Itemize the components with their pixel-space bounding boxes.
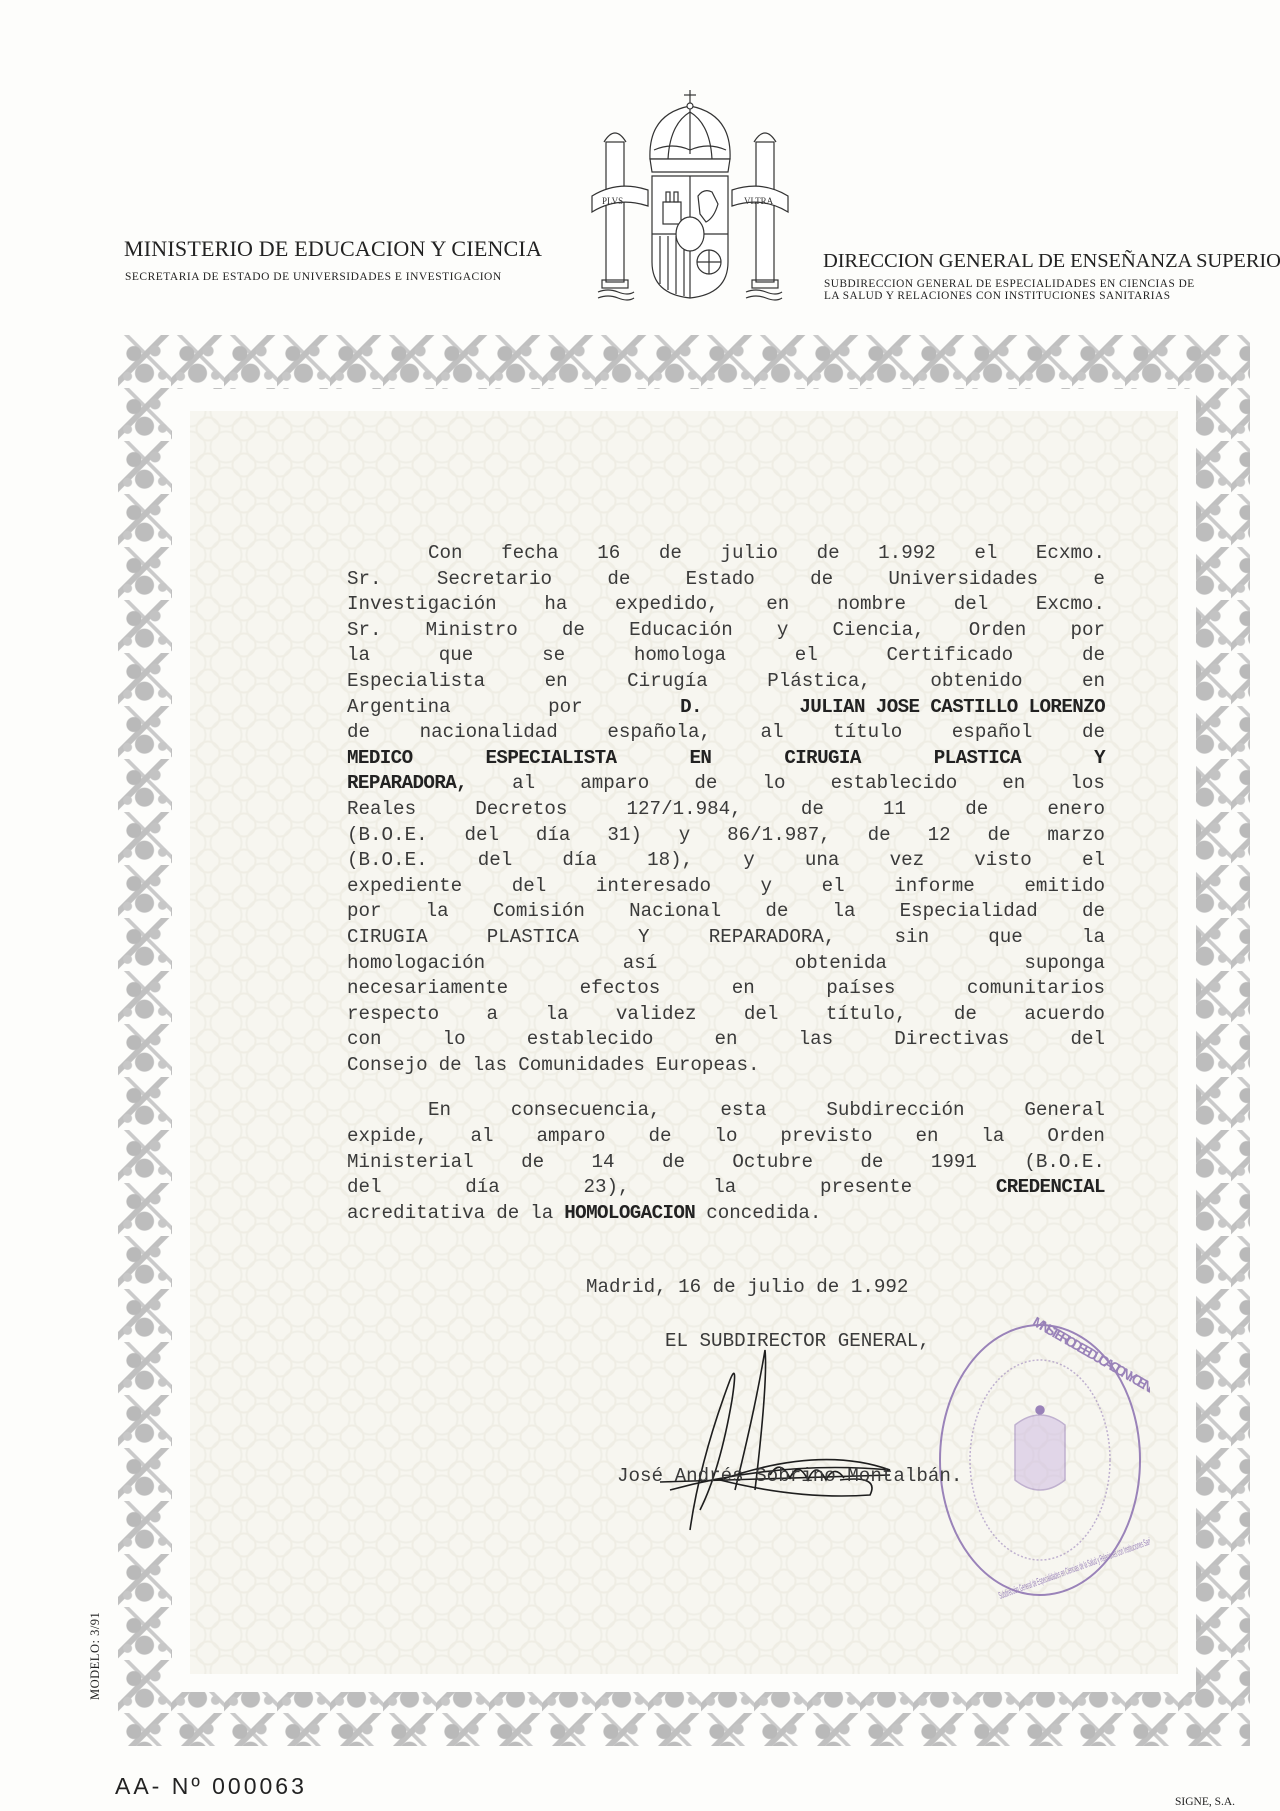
word: Decretos xyxy=(475,797,567,823)
word: PLASTICA xyxy=(487,925,579,951)
word: JULIAN JOSE CASTILLO LORENZO xyxy=(799,695,1105,721)
form-model-number: MODELO: 3/91 xyxy=(88,1612,103,1700)
word: en xyxy=(732,976,755,1002)
word: Especialista xyxy=(347,669,485,695)
stamp-outer-text: MINISTERIO DE EDUCACION Y CIENCIA - xyxy=(1030,1315,1150,1402)
word: expediente xyxy=(347,874,462,900)
spanish-coat-of-arms-icon: PLVS VLTRA xyxy=(588,84,792,304)
certificate-body: Confecha16dejuliode1.992elEcxmo.Sr.Secre… xyxy=(347,541,1105,1226)
word: en xyxy=(545,669,568,695)
word: que xyxy=(988,925,1023,951)
word: Reales xyxy=(347,797,416,823)
word: de xyxy=(810,567,833,593)
word: por xyxy=(347,899,382,925)
word: amparo xyxy=(580,771,649,797)
word: las xyxy=(473,1053,508,1079)
word: CIRUGIA xyxy=(784,746,860,772)
word: expide, xyxy=(347,1124,428,1150)
word: el xyxy=(974,541,997,567)
text-line: conloestablecidoenlasDirectivasdel xyxy=(347,1027,1105,1053)
word: EN xyxy=(689,746,711,772)
text-line: denacionalidadespañola,altítuloespañolde xyxy=(347,720,1105,746)
word: 31) xyxy=(607,823,642,849)
text-line: Confecha16dejuliode1.992elEcxmo. xyxy=(347,541,1105,567)
word: del xyxy=(954,592,989,618)
word: una xyxy=(805,848,840,874)
word: de xyxy=(765,899,788,925)
text-line: expedientedelinteresadoyelinformeemitido xyxy=(347,874,1105,900)
word: por xyxy=(1070,618,1105,644)
word: suponga xyxy=(1024,951,1105,977)
text-line: acreditativadelaHOMOLOGACIONconcedida. xyxy=(347,1201,1105,1227)
text-line: expide,alamparodeloprevistoenlaOrden xyxy=(347,1124,1105,1150)
word: la xyxy=(347,643,370,669)
word: del xyxy=(1070,1027,1105,1053)
word: REPARADORA, xyxy=(709,925,836,951)
word: de xyxy=(860,1150,883,1176)
word: la xyxy=(530,1201,553,1227)
text-line: porlaComisiónNacionaldelaEspecialidadde xyxy=(347,899,1105,925)
word: consecuencia, xyxy=(511,1098,661,1124)
word: amparo xyxy=(536,1124,605,1150)
word: los xyxy=(1070,771,1105,797)
word: previsto xyxy=(780,1124,872,1150)
word: al xyxy=(512,771,535,797)
word: países xyxy=(826,976,895,1002)
word: esta xyxy=(720,1098,766,1124)
word: Universidades xyxy=(888,567,1038,593)
word: expedido, xyxy=(615,592,719,618)
word: Sr. xyxy=(347,618,382,644)
word: del xyxy=(512,874,547,900)
word: Ecxmo. xyxy=(1036,541,1105,567)
word: título, xyxy=(826,1002,907,1028)
word: Ciencia, xyxy=(832,618,924,644)
word: 23), xyxy=(584,1175,630,1201)
text-line: Sr.MinistrodeEducaciónyCiencia,Ordenpor xyxy=(347,618,1105,644)
word: de xyxy=(659,541,682,567)
word: Comunidades xyxy=(518,1053,645,1079)
word: Estado xyxy=(686,567,755,593)
text-line: necesariamenteefectosenpaísescomunitario… xyxy=(347,976,1105,1002)
word: de xyxy=(965,797,988,823)
word: de xyxy=(1082,899,1105,925)
word: Certificado xyxy=(887,643,1014,669)
word: y xyxy=(743,848,755,874)
word: del xyxy=(744,1002,779,1028)
word: se xyxy=(542,643,565,669)
word: MEDICO xyxy=(347,746,413,772)
word: interesado xyxy=(596,874,711,900)
word: española, xyxy=(607,720,711,746)
word: de xyxy=(496,1201,519,1227)
text-line: (B.O.E.deldía31)y86/1.987,de12demarzo xyxy=(347,823,1105,849)
word: 1.992 xyxy=(878,541,936,567)
secretariat-subtitle: SECRETARIA DE ESTADO DE UNIVERSIDADES E … xyxy=(125,271,502,283)
official-seal-stamp: MINISTERIO DE EDUCACION Y CIENCIA - Subd… xyxy=(930,1315,1150,1605)
word: sin xyxy=(895,925,930,951)
word: español xyxy=(952,720,1033,746)
signatory-name: José Andrés Sobrino Montalbán. xyxy=(617,1465,962,1487)
word: 86/1.987, xyxy=(727,823,831,849)
word: y xyxy=(777,618,789,644)
text-line: REPARADORA,alamparodeloestablecidoenlos xyxy=(347,771,1105,797)
word: la xyxy=(1082,925,1105,951)
word: de xyxy=(607,567,630,593)
word: del xyxy=(464,823,499,849)
word: acuerdo xyxy=(1024,1002,1105,1028)
printer-imprint: SIGNE, S.A. xyxy=(1175,1796,1235,1808)
word: enero xyxy=(1047,797,1105,823)
word: respecto xyxy=(347,1002,439,1028)
word: de xyxy=(801,797,824,823)
word: por xyxy=(548,695,583,721)
word: informe xyxy=(894,874,975,900)
word: en xyxy=(766,592,789,618)
word: homologa xyxy=(634,643,726,669)
word: CIRUGIA xyxy=(347,925,428,951)
word: vez xyxy=(890,848,925,874)
text-line: Investigaciónhaexpedido,ennombredelExcmo… xyxy=(347,592,1105,618)
word: PLASTICA xyxy=(934,746,1021,772)
text-line: homologaciónasíobtenidasuponga xyxy=(347,951,1105,977)
word: al xyxy=(471,1124,494,1150)
handwritten-signature xyxy=(660,1340,940,1540)
word: al xyxy=(761,720,784,746)
word: visto xyxy=(974,848,1032,874)
word: nombre xyxy=(837,592,906,618)
word: necesariamente xyxy=(347,976,508,1002)
word: efectos xyxy=(580,976,661,1002)
word: Nacional xyxy=(629,899,721,925)
word: (B.O.E. xyxy=(347,823,428,849)
word: la xyxy=(832,899,855,925)
word: del xyxy=(478,848,513,874)
text-line: Sr.SecretariodeEstadodeUniversidadese xyxy=(347,567,1105,593)
word: ESPECIALISTA xyxy=(486,746,617,772)
word: 127/1.984, xyxy=(627,797,742,823)
word: acreditativa xyxy=(347,1201,485,1227)
word: Cirugía xyxy=(627,669,708,695)
word: D. xyxy=(680,695,702,721)
word: Orden xyxy=(1047,1124,1105,1150)
word: día xyxy=(562,848,597,874)
word: Argentina xyxy=(347,695,451,721)
motto-right: VLTRA xyxy=(744,196,774,206)
word: Sr. xyxy=(347,567,382,593)
word: (B.O.E. xyxy=(347,848,428,874)
subdirectorate-line-2: LA SALUD Y RELACIONES CON INSTITUCIONES … xyxy=(824,290,1195,302)
word: obtenida xyxy=(795,951,887,977)
word: REPARADORA, xyxy=(347,771,467,797)
text-line: MEDICOESPECIALISTAENCIRUGIAPLASTICAY xyxy=(347,746,1105,772)
word: Excmo. xyxy=(1036,592,1105,618)
word: Directivas xyxy=(894,1027,1009,1053)
word: lo xyxy=(714,1124,737,1150)
word: Y xyxy=(1094,746,1105,772)
word: en xyxy=(714,1027,737,1053)
ministry-title: MINISTERIO DE EDUCACION Y CIENCIA xyxy=(124,236,542,262)
word: en xyxy=(915,1124,938,1150)
word: de xyxy=(347,720,370,746)
word: HOMOLOGACION xyxy=(564,1201,695,1227)
word: nacionalidad xyxy=(420,720,558,746)
text-line: ArgentinaporD.JULIAN JOSE CASTILLO LOREN… xyxy=(347,695,1105,721)
word: de xyxy=(562,618,585,644)
stamp-inner-text: Subdirección General de Especialidades e… xyxy=(997,1533,1150,1601)
text-line: laquesehomologaelCertificadode xyxy=(347,643,1105,669)
word: 1991 xyxy=(931,1150,977,1176)
text-line: RealesDecretos127/1.984,de11deenero xyxy=(347,797,1105,823)
word: de xyxy=(649,1124,672,1150)
word: 12 xyxy=(928,823,951,849)
word: Orden xyxy=(969,618,1027,644)
word: Subdirección xyxy=(826,1098,964,1124)
word: marzo xyxy=(1047,823,1105,849)
word: de xyxy=(1082,720,1105,746)
word: día xyxy=(536,823,571,849)
text-line: CIRUGIAPLASTICAYREPARADORA,sinquela xyxy=(347,925,1105,951)
word: Consejo xyxy=(347,1053,428,1079)
word: de xyxy=(521,1150,544,1176)
text-line: deldía23),lapresenteCREDENCIAL xyxy=(347,1175,1105,1201)
text-line: Enconsecuencia,estaSubdirecciónGeneral xyxy=(347,1098,1105,1124)
word: presente xyxy=(820,1175,912,1201)
word: Secretario xyxy=(437,567,552,593)
word: ha xyxy=(544,592,567,618)
word: las xyxy=(799,1027,834,1053)
word: Y xyxy=(638,925,650,951)
text-line: (B.O.E.deldía18),yunavezvistoel xyxy=(347,848,1105,874)
text-line: respectoalavalidezdeltítulo,deacuerdo xyxy=(347,1002,1105,1028)
subdirectorate-line-1: SUBDIRECCION GENERAL DE ESPECIALIDADES E… xyxy=(824,278,1195,290)
word: Octubre xyxy=(732,1150,813,1176)
word: homologación xyxy=(347,951,485,977)
word: lo xyxy=(443,1027,466,1053)
word: Investigación xyxy=(347,592,497,618)
word: julio xyxy=(720,541,778,567)
word: e xyxy=(1093,567,1105,593)
word: fecha xyxy=(501,541,559,567)
word: de xyxy=(694,771,717,797)
word: General xyxy=(1024,1098,1105,1124)
word: Europeas. xyxy=(656,1053,760,1079)
word: con xyxy=(347,1027,382,1053)
word: la xyxy=(545,1002,568,1028)
paragraph-credential-issued: Enconsecuencia,estaSubdirecciónGeneralex… xyxy=(347,1098,1105,1226)
word: Especialidad xyxy=(900,899,1038,925)
word: 11 xyxy=(883,797,906,823)
word: a xyxy=(487,1002,499,1028)
word: concedida. xyxy=(706,1201,821,1227)
word: 14 xyxy=(592,1150,615,1176)
word: de xyxy=(868,823,891,849)
word: Ministerial xyxy=(347,1150,474,1176)
word: Ministro xyxy=(426,618,518,644)
word: CREDENCIAL xyxy=(996,1175,1105,1201)
word: validez xyxy=(616,1002,697,1028)
word: de xyxy=(954,1002,977,1028)
word: y xyxy=(761,874,773,900)
word: (B.O.E. xyxy=(1024,1150,1105,1176)
word: en xyxy=(1002,771,1025,797)
word: de xyxy=(817,541,840,567)
word: así xyxy=(623,951,658,977)
word: el xyxy=(822,874,845,900)
word: la xyxy=(426,899,449,925)
word: y xyxy=(679,823,691,849)
serial-number: AA- Nº 000063 xyxy=(115,1773,307,1800)
word: emitido xyxy=(1024,874,1105,900)
word: 16 xyxy=(597,541,620,567)
paragraph-homologation-order: Confecha16dejuliode1.992elEcxmo.Sr.Secre… xyxy=(347,541,1105,1078)
text-line: Ministerialde14deOctubrede1991(B.O.E. xyxy=(347,1150,1105,1176)
subdirectorate-subtitle: SUBDIRECCION GENERAL DE ESPECIALIDADES E… xyxy=(824,278,1195,302)
word: establecido xyxy=(527,1027,654,1053)
word: del xyxy=(347,1175,382,1201)
word: establecido xyxy=(831,771,958,797)
word: de xyxy=(987,823,1010,849)
word: 18), xyxy=(647,848,693,874)
word: la xyxy=(981,1124,1004,1150)
word: de xyxy=(662,1150,685,1176)
word: Comisión xyxy=(493,899,585,925)
motto-left: PLVS xyxy=(602,196,623,206)
text-line: EspecialistaenCirugíaPlástica,obtenidoen xyxy=(347,669,1105,695)
word: de xyxy=(1082,643,1105,669)
word: de xyxy=(439,1053,462,1079)
word: obtenido xyxy=(930,669,1022,695)
place-date: Madrid, 16 de julio de 1.992 xyxy=(586,1276,908,1298)
word: En xyxy=(428,1098,451,1124)
word: el xyxy=(795,643,818,669)
directorate-title: DIRECCION GENERAL DE ENSEÑANZA SUPERIOR xyxy=(823,250,1280,273)
word: Plástica, xyxy=(767,669,871,695)
word: que xyxy=(439,643,474,669)
word: en xyxy=(1082,669,1105,695)
word: la xyxy=(713,1175,736,1201)
word: título xyxy=(833,720,902,746)
word: el xyxy=(1082,848,1105,874)
word: Educación xyxy=(629,618,733,644)
word: día xyxy=(465,1175,500,1201)
text-line: ConsejodelasComunidadesEuropeas. xyxy=(347,1053,1105,1079)
word: Con xyxy=(428,541,463,567)
word: comunitarios xyxy=(967,976,1105,1002)
word: lo xyxy=(762,771,785,797)
